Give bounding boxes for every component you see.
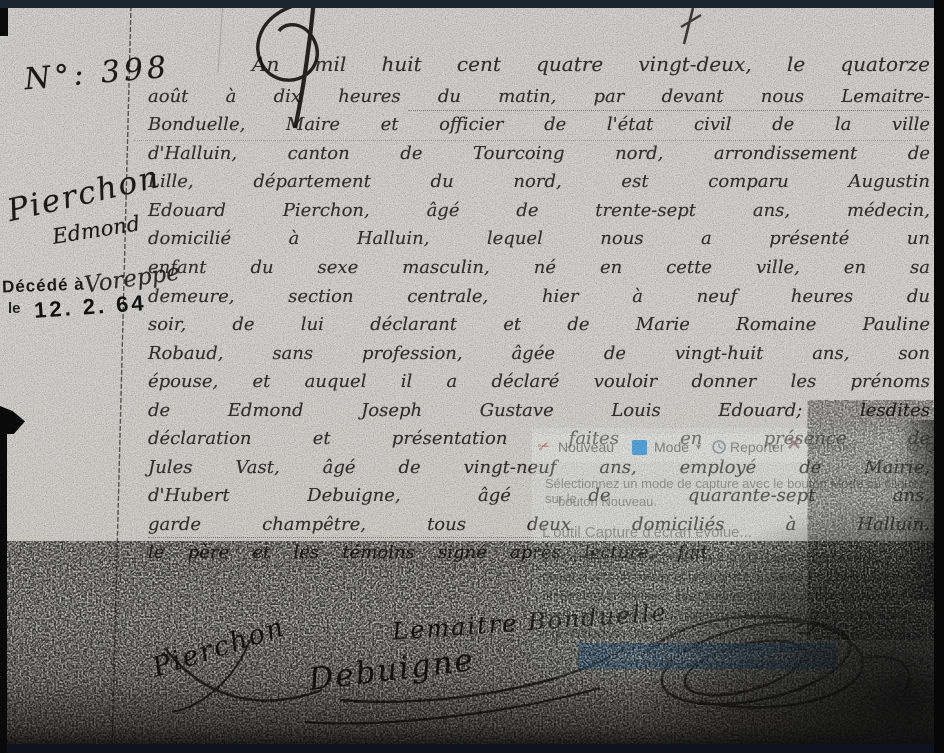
chevron-down-icon: ▾ [696, 442, 701, 453]
delay-button-label: Reporter [730, 439, 784, 455]
mode-button[interactable]: Mode ▾ [632, 436, 712, 460]
new-button-label: Nouveau [558, 439, 614, 455]
margin-rule-line [112, 6, 131, 750]
scan-frame-right [934, 0, 944, 753]
cancel-button-label: Annuler [809, 439, 857, 455]
scan-frame-left-lower [0, 410, 7, 753]
mode-button-label: Mode [654, 439, 689, 455]
notice-line: Lors d'une prochaine mise à jour, l'outi… [542, 551, 934, 565]
scan-frame-top [0, 0, 944, 8]
clock-icon [711, 439, 727, 455]
scan-frame-bottom [0, 744, 944, 753]
snipping-toolbar: ✂ Nouveau Mode ▾ Reporter ▾ × Annuler [532, 434, 934, 462]
snip-sketch-notice: L'outil Capture d'écran évolue... Lors d… [542, 524, 934, 641]
snipping-hint-line2: bouton Nouveau. [558, 494, 657, 509]
close-icon: × [787, 430, 801, 458]
notice-line: améliorées et effectuez des captures d'é… [542, 589, 934, 603]
notice-line: logo Windows + Maj + S). [542, 627, 934, 641]
mode-icon [632, 440, 647, 455]
try-snip-sketch-button[interactable]: Essayer Capture d'écran et croquis [578, 643, 836, 669]
new-button[interactable]: ✂ Nouveau [538, 436, 614, 460]
scissors-icon: ✂ [535, 437, 552, 457]
opening-flourish [258, 0, 318, 128]
cancel-button[interactable]: × Annuler [787, 434, 883, 460]
delay-button[interactable]: Reporter ▾ [711, 436, 783, 460]
ink-mark [681, 8, 701, 44]
notice-title: L'outil Capture d'écran évolue... [542, 524, 934, 541]
death-stamp-text: Décédé à [2, 275, 85, 298]
scanned-civil-record-page: N°: 398 Pierchon Edmond Décédé à Voreppe… [0, 0, 944, 753]
chevron-down-icon: ▾ [771, 442, 776, 453]
scan-frame-left-top [0, 8, 8, 36]
notice-line: avec Capture d'écran et croquis (ou essa… [542, 608, 934, 622]
notice-line: déplacé vers un nouvel emplacement. Essa… [542, 570, 934, 584]
gear-icon [906, 439, 922, 455]
death-stamp-date-prefix: le [8, 300, 21, 317]
